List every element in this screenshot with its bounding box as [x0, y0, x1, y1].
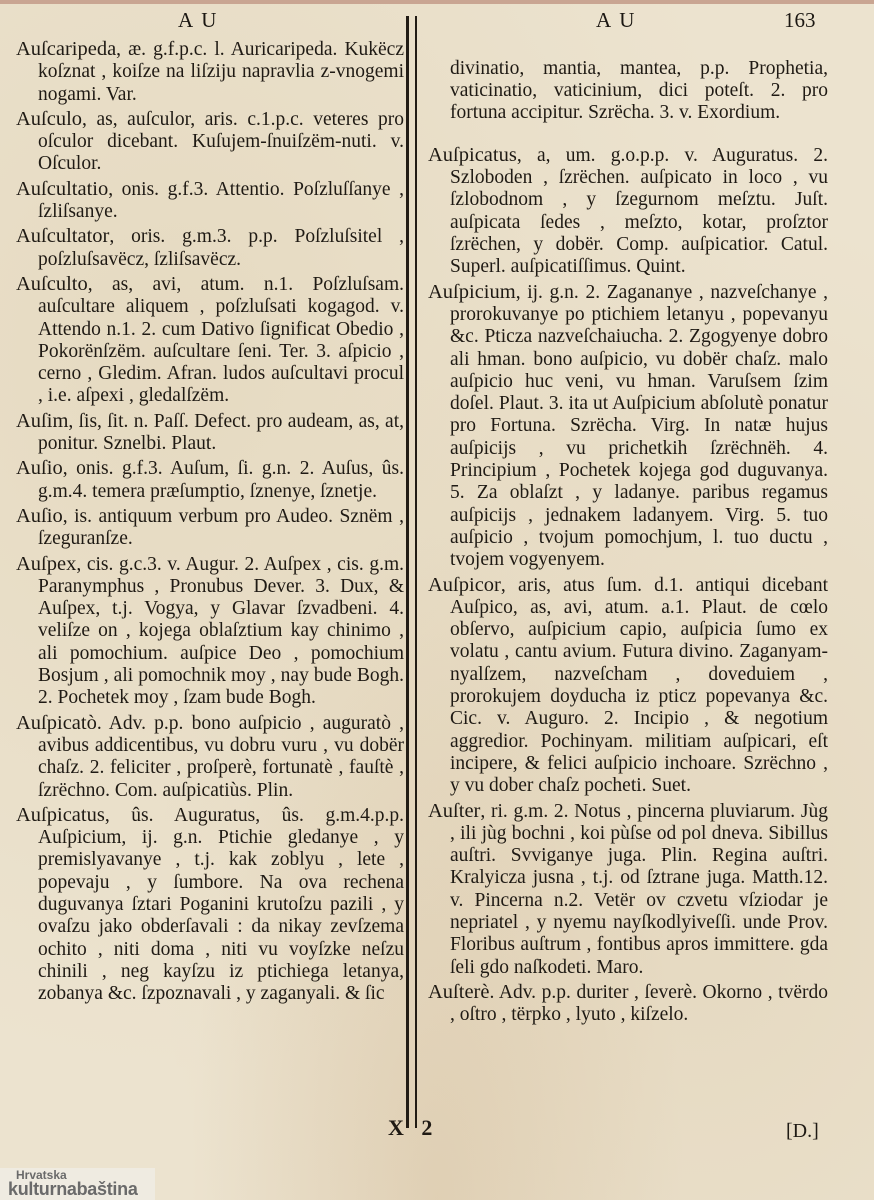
dictionary-entry: Auſim, ſis, ſit. n. Paſſ. Defect. pro au…: [16, 410, 404, 456]
catchword: [D.]: [786, 1120, 819, 1143]
dictionary-entry: Auſio, is. antiquum verbum pro Audeo. Sz…: [16, 505, 404, 551]
entry-headword: Auſpicatò: [16, 712, 97, 734]
entry-headword: Auſio: [16, 457, 63, 479]
dictionary-entry: Auſcultator, oris. g.m.3. p.p. Poſzluſsi…: [16, 225, 404, 271]
dictionary-entry: Auſpicium, ij. g.n. 2. Zagananye , nazve…: [428, 281, 828, 572]
dictionary-entry: Auſpicatus, a, um. g.o.p.p. v. Auguratus…: [428, 144, 828, 279]
entry-body: , ſis, ſit. n. Paſſ. Defect. pro audeam,…: [38, 411, 404, 454]
entry-body: , onis. g.f.3. Auſum, ſi. g.n. 2. Auſus,…: [38, 458, 404, 501]
signature-mark: X 2: [388, 1115, 438, 1141]
entry-body: , ij. g.n. 2. Zagananye , nazveſchanye ,…: [450, 282, 828, 571]
dictionary-entry: Auſpicatò. Adv. p.p. bono auſpicio , aug…: [16, 712, 404, 802]
entry-headword: Auſim: [16, 410, 68, 432]
entry-body: , cis. g.c.3. v. Augur. 2. Auſpex , cis.…: [38, 554, 404, 709]
dictionary-entry: Auſpex, cis. g.c.3. v. Augur. 2. Auſpex …: [16, 553, 404, 710]
entry-body: , as, auſculor, aris. c.1.p.c. veteres p…: [38, 109, 404, 175]
dictionary-entry: Auſio, onis. g.f.3. Auſum, ſi. g.n. 2. A…: [16, 457, 404, 503]
entry-body: , ûs. Auguratus, ûs. g.m.4.p.p. Auſpiciu…: [38, 805, 404, 1004]
left-running-head: A U: [178, 8, 218, 33]
right-column: divinatio, mantia, mantea, p.p. Propheti…: [428, 38, 828, 1028]
column-rule-inner: [415, 16, 417, 1128]
entry-headword: Auſter: [428, 800, 480, 822]
entry-headword: Auſpicatus: [428, 144, 517, 166]
entry-headword: Auſpicor: [428, 574, 501, 596]
dictionary-entry: Auſter, ri. g.m. 2. Notus , pincerna plu…: [428, 800, 828, 979]
dictionary-page: A U A U 163 Auſcaripeda, æ. g.f.p.c. l. …: [0, 0, 874, 1200]
page-number: 163: [784, 8, 816, 33]
dictionary-entry: Auſcultatio, onis. g.f.3. Attentio. Poſz…: [16, 178, 404, 224]
dictionary-entry: Auſculo, as, auſculor, aris. c.1.p.c. ve…: [16, 108, 404, 176]
watermark-logo: Hrvatska kulturnabaština: [0, 1168, 155, 1200]
entry-body: , is. antiquum verbum pro Audeo. Sznëm ,…: [38, 506, 404, 549]
entry-headword: Auſterè: [428, 981, 489, 1003]
dictionary-entry: Auſpicatus, ûs. Auguratus, ûs. g.m.4.p.p…: [16, 804, 404, 1006]
entry-body: , as, avi, atum. n.1. Poſzluſsam. auſcul…: [38, 274, 404, 406]
entry-headword: Auſio: [16, 505, 63, 527]
dictionary-entry: Auſterè. Adv. p.p. duriter , ſeverè. Oko…: [428, 981, 828, 1027]
entry-headword: Auſcaripeda: [16, 38, 116, 60]
entry-headword: Auſpicatus: [16, 804, 105, 826]
dictionary-entry: Auſpicor, aris, atus ſum. d.1. antiqui d…: [428, 574, 828, 798]
entry-headword: Auſculo: [16, 108, 82, 130]
watermark-line-2: kulturnabaština: [8, 1180, 138, 1198]
dictionary-entry: Auſculto, as, avi, atum. n.1. Poſzluſsam…: [16, 273, 404, 408]
entry-headword: Auſpicium: [428, 281, 516, 303]
dictionary-entry: Auſcaripeda, æ. g.f.p.c. l. Auricaripeda…: [16, 38, 404, 106]
entry-headword: Auſculto: [16, 273, 88, 295]
right-running-head: A U: [596, 8, 636, 33]
entry-headword: Auſpex: [16, 553, 76, 575]
entry-body: , aris, atus ſum. d.1. antiqui dicebant …: [450, 575, 828, 797]
entry-body: . Adv. p.p. duriter , ſeverè. Okorno , t…: [450, 982, 828, 1025]
entry-body: , ri. g.m. 2. Notus , pincerna pluviarum…: [450, 801, 828, 978]
column-rule-outer: [406, 16, 409, 1128]
entry-headword: Auſcultator: [16, 225, 109, 247]
entry-headword: Auſcultatio: [16, 178, 108, 200]
entry-continuation: divinatio, mantia, mantea, p.p. Propheti…: [428, 58, 828, 125]
left-column: Auſcaripeda, æ. g.f.p.c. l. Auricaripeda…: [16, 38, 404, 1007]
